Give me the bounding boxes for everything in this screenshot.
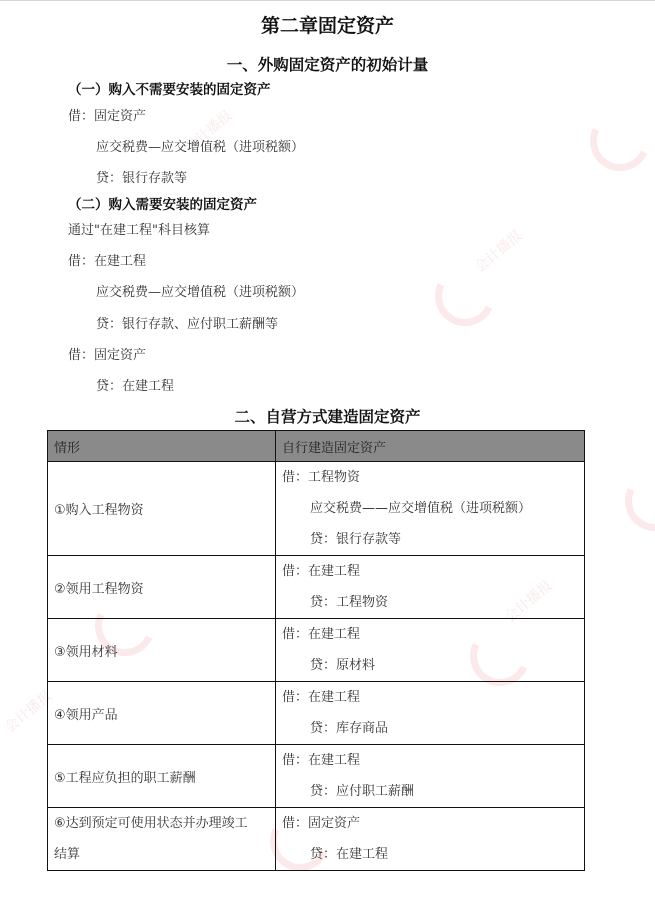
watermark-logo-icon [617,463,655,540]
entries-cell: 借：工程物资 应交税费——应交增值税（进项税额） 贷：银行存款等 [276,462,585,556]
table-row: ③领用材料 借：在建工程 贷：原材料 [48,619,585,682]
table-row: ⑤工程应负担的职工薪酬 借：在建工程 贷：应付职工薪酬 [48,745,585,808]
entry-line: 贷：库存商品 [282,713,578,744]
header-case: 情形 [48,431,276,462]
case-cell: ④领用产品 [48,682,276,745]
entry-line: 贷：在建工程 [96,375,174,394]
case-cell: ⑤工程应负担的职工薪酬 [48,745,276,808]
entry-line: 贷：工程物资 [282,587,578,618]
entries-cell: 借：固定资产 贷：在建工程 [276,808,585,871]
sub1-heading: （一）购入不需要安装的固定资产 [68,78,271,98]
section2-heading: 二、自营方式建造固定资产 [0,405,655,427]
entries-cell: 借：在建工程 贷：原材料 [276,619,585,682]
entry-line: 贷：原材料 [282,650,578,681]
entry-line: 贷：银行存款等 [282,524,578,555]
entry-line: 借：固定资产 [68,344,146,363]
entry-line: 贷：在建工程 [282,839,578,870]
table-row: ②领用工程物资 借：在建工程 贷：工程物资 [48,556,585,619]
entry-line: 应交税费—应交增值税（进项税额） [96,136,304,155]
entry-line: 贷：银行存款等 [96,167,187,186]
entry-line: 借：固定资产 [282,808,578,839]
sub2-heading: （二）购入需要安装的固定资产 [68,193,257,213]
section1-heading: 一、外购固定资产的初始计量 [0,53,655,75]
case-cell: ①购入工程物资 [48,462,276,556]
entry-line: 借：工程物资 [282,462,578,493]
case-cell: ③领用材料 [48,619,276,682]
entry-line: 贷：银行存款、应付职工薪酬等 [96,313,278,332]
entry-line: 借：在建工程 [68,250,146,269]
entry-line: 借：在建工程 [282,619,578,650]
case-line: ⑥达到预定可使用状态并办理竣工 [54,808,269,839]
entries-cell: 借：在建工程 贷：应付职工薪酬 [276,745,585,808]
case-cell: ⑥达到预定可使用状态并办理竣工 结算 [48,808,276,871]
page-title: 第二章固定资产 [0,11,655,38]
entry-line: 应交税费—应交增值税（进项税额） [96,281,304,300]
header-entries: 自行建造固定资产 [276,431,585,462]
table-row: ⑥达到预定可使用状态并办理竣工 结算 借：固定资产 贷：在建工程 [48,808,585,871]
entries-cell: 借：在建工程 贷：库存商品 [276,682,585,745]
entry-line: 借：在建工程 [282,556,578,587]
case-line: 结算 [54,839,269,870]
construction-table: 情形 自行建造固定资产 ①购入工程物资 借：工程物资 应交税费——应交增值税（进… [47,430,585,871]
watermark-text: 会计播报 [470,225,526,276]
table-row: ④领用产品 借：在建工程 贷：库存商品 [48,682,585,745]
table-header-row: 情形 自行建造固定资产 [48,431,585,462]
entry-line: 借：在建工程 [282,682,578,713]
entry-line: 应交税费——应交增值税（进项税额） [282,493,578,524]
table-row: ①购入工程物资 借：工程物资 应交税费——应交增值税（进项税额） 贷：银行存款等 [48,462,585,556]
entry-line: 借：在建工程 [282,745,578,776]
case-cell: ②领用工程物资 [48,556,276,619]
watermark-logo-icon [427,258,504,335]
note-line: 通过"在建工程"科目核算 [68,219,210,238]
entries-cell: 借：在建工程 贷：工程物资 [276,556,585,619]
entry-line: 借：固定资产 [68,105,146,124]
entry-line: 贷：应付职工薪酬 [282,776,578,807]
watermark-logo-icon [582,103,655,180]
